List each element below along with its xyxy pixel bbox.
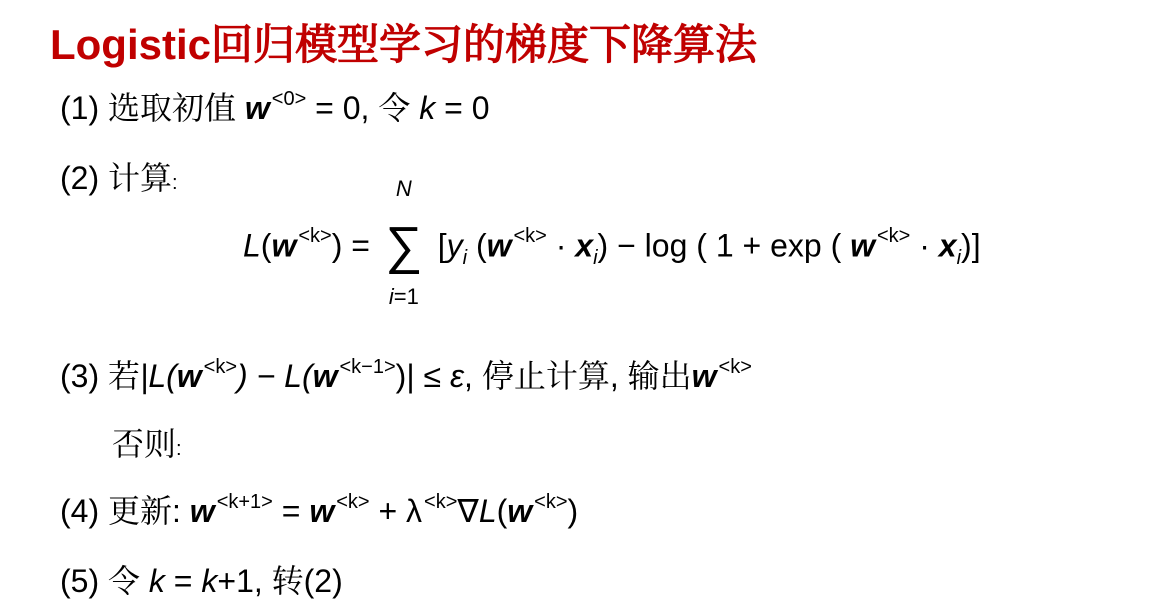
var-w: w <box>245 90 270 126</box>
step-text: 令 <box>108 563 140 599</box>
close-bracket: )] <box>961 227 981 263</box>
var-epsilon: ε <box>450 358 464 394</box>
superscript: <k> <box>424 491 457 513</box>
var-L: L <box>243 227 261 263</box>
superscript: <k> <box>336 491 369 513</box>
step-5: (5) 令 k = k+1, 转(2) <box>60 565 343 597</box>
subscript: i <box>593 247 597 269</box>
dot-operator: · <box>547 227 575 263</box>
superscript: <k> <box>534 491 567 513</box>
colon: : <box>172 172 178 194</box>
var-x: x <box>575 227 593 263</box>
paren: ) <box>568 493 579 529</box>
var-k: k <box>419 90 435 126</box>
summation: N∑i=1 <box>379 222 429 274</box>
step-text: 计算 <box>108 160 172 196</box>
var-lambda: λ <box>406 493 422 529</box>
var-y: y <box>447 227 463 263</box>
subscript: i <box>957 247 961 269</box>
loss-formula: L(w<k>) = N∑i=1 [yi (w<k> · xi) − log ( … <box>243 222 981 274</box>
var-w: w <box>177 358 202 394</box>
step-label: (5) <box>60 563 99 599</box>
superscript: <k> <box>298 225 331 247</box>
step-label: (3) <box>60 358 99 394</box>
superscript: <k> <box>719 356 752 378</box>
var-w: w <box>692 358 717 394</box>
step-rest: , 停止计算, 输出 <box>464 358 692 394</box>
var-w: w <box>850 227 875 263</box>
page-title: Logistic回归模型学习的梯度下降算法 <box>50 12 757 72</box>
step-label: (4) <box>60 493 99 529</box>
step-text: 若 <box>108 358 140 394</box>
colon: : <box>176 438 182 460</box>
superscript: <k−1> <box>340 356 396 378</box>
equals: = <box>342 227 378 263</box>
condition: )| ≤ <box>396 358 450 394</box>
sum-upper-limit: N <box>379 178 429 200</box>
dot-operator: · <box>910 227 938 263</box>
condition: |L( <box>140 358 177 394</box>
subscript: i <box>463 247 467 269</box>
var-L: L <box>479 493 497 529</box>
var-x: x <box>939 227 957 263</box>
sum-lower-limit: i=1 <box>379 286 429 308</box>
superscript: <0> <box>272 88 306 110</box>
paren: ( <box>497 493 508 529</box>
var-w: w <box>487 227 512 263</box>
var-w: w <box>309 493 334 529</box>
step-1: (1) 选取初值 w<0> = 0, 令 k = 0 <box>60 92 490 124</box>
plus: + <box>370 493 406 529</box>
step-2: (2) 计算: <box>60 162 178 194</box>
step-rest: = 0, 令 <box>306 90 419 126</box>
step-rest: = 0 <box>435 90 489 126</box>
superscript: <k> <box>514 225 547 247</box>
step-label: (1) <box>60 90 99 126</box>
sum-symbol: ∑ <box>385 217 422 275</box>
log-term: ) − log ( 1 + exp ( <box>598 227 851 263</box>
var-w: w <box>313 358 338 394</box>
superscript: <k> <box>877 225 910 247</box>
nabla-operator: ∇ <box>457 493 478 529</box>
var-w: w <box>507 493 532 529</box>
step-text: 否则 <box>112 426 176 462</box>
condition: ) − L( <box>237 358 313 394</box>
step-text: 更新: <box>108 493 181 529</box>
var-w: w <box>190 493 215 529</box>
equals: = <box>273 493 309 529</box>
step-otherwise: 否则: <box>112 428 182 460</box>
superscript: <k+1> <box>217 491 273 513</box>
step-rest: +1, 转(2) <box>217 563 342 599</box>
bracket: [ <box>438 227 447 263</box>
equals: = <box>165 563 201 599</box>
step-4: (4) 更新: w<k+1> = w<k> + λ<k>∇L(w<k>) <box>60 495 578 527</box>
superscript: <k> <box>204 356 237 378</box>
step-text: 选取初值 <box>108 90 236 126</box>
var-k: k <box>201 563 217 599</box>
step-3: (3) 若|L(w<k>) − L(w<k−1>)| ≤ ε, 停止计算, 输出… <box>60 360 752 392</box>
step-label: (2) <box>60 160 99 196</box>
var-w: w <box>271 227 296 263</box>
var-k: k <box>149 563 165 599</box>
sum-start: =1 <box>394 284 419 309</box>
